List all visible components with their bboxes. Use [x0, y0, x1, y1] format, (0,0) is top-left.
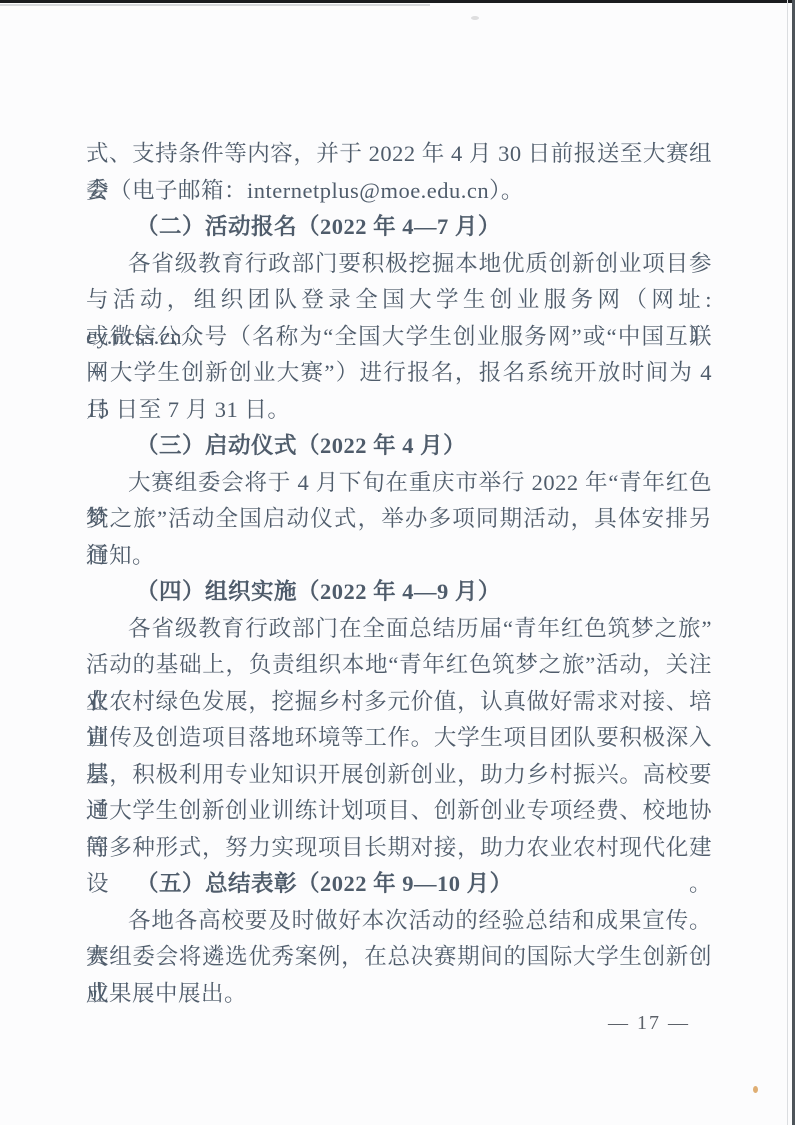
- text-line: 通知。: [86, 538, 712, 575]
- scan-smudge: [471, 16, 479, 20]
- scan-edge-top: [0, 0, 795, 3]
- text-line: 赛组委会将遴选优秀案例，在总决赛期间的国际大学生创新创业: [86, 939, 712, 976]
- text-line: 大赛组委会将于 4 月下旬在重庆市举行 2022 年“青年红色筑: [86, 465, 712, 502]
- text-line: 层，积极利用专业知识开展创新创业，助力乡村振兴。高校要通: [86, 757, 712, 794]
- page-number: — 17 —: [608, 1012, 690, 1035]
- text-line: （四）组织实施（2022 年 4—9 月）: [86, 574, 712, 611]
- text-line: 等多种形式，努力实现项目长期对接，助力农业农村现代化建设。: [86, 830, 712, 867]
- text-line: 业农村绿色发展，挖掘乡村多元价值，认真做好需求对接、培训: [86, 684, 712, 721]
- scanned-document-page: 式、支持条件等内容，并于 2022 年 4 月 30 日前报送至大赛组委会（电子…: [0, 0, 795, 1125]
- document-body: 式、支持条件等内容，并于 2022 年 4 月 30 日前报送至大赛组委会（电子…: [86, 136, 712, 1012]
- scan-edge-right-faint: [787, 0, 788, 1125]
- text-line: 或微信公众号（名称为“全国大学生创业服务网”或“中国互联网: [86, 319, 712, 356]
- text-line: （二）活动报名（2022 年 4—7 月）: [86, 209, 712, 246]
- text-line: 梦之旅”活动全国启动仪式，举办多项同期活动，具体安排另行: [86, 501, 712, 538]
- text-line: 各地各高校要及时做好本次活动的经验总结和成果宣传。大: [86, 903, 712, 940]
- text-line: 各省级教育行政部门在全面总结历届“青年红色筑梦之旅”: [86, 611, 712, 648]
- text-line: 会（电子邮箱：internetplus@moe.edu.cn）。: [86, 173, 712, 210]
- text-line: 式、支持条件等内容，并于 2022 年 4 月 30 日前报送至大赛组委: [86, 136, 712, 173]
- text-line: ＋大学生创新创业大赛”）进行报名，报名系统开放时间为 4 月: [86, 355, 712, 392]
- text-line: 各省级教育行政部门要积极挖掘本地优质创新创业项目参: [86, 246, 712, 283]
- text-line: 成果展中展出。: [86, 976, 712, 1013]
- scan-speck: [753, 1086, 758, 1093]
- text-line: 与活动，组织团队登录全国大学生创业服务网（网址: cy.ncss.cn）: [86, 282, 712, 319]
- scan-edge-top-faint: [0, 4, 430, 6]
- text-line: 宣传及创造项目落地环境等工作。大学生项目团队要积极深入基: [86, 720, 712, 757]
- text-line: 活动的基础上，负责组织本地“青年红色筑梦之旅”活动，关注农: [86, 647, 712, 684]
- text-line: 过大学生创新创业训练计划项目、创新创业专项经费、校地协同: [86, 793, 712, 830]
- text-line: 15 日至 7 月 31 日。: [86, 392, 712, 429]
- text-line: （三）启动仪式（2022 年 4 月）: [86, 428, 712, 465]
